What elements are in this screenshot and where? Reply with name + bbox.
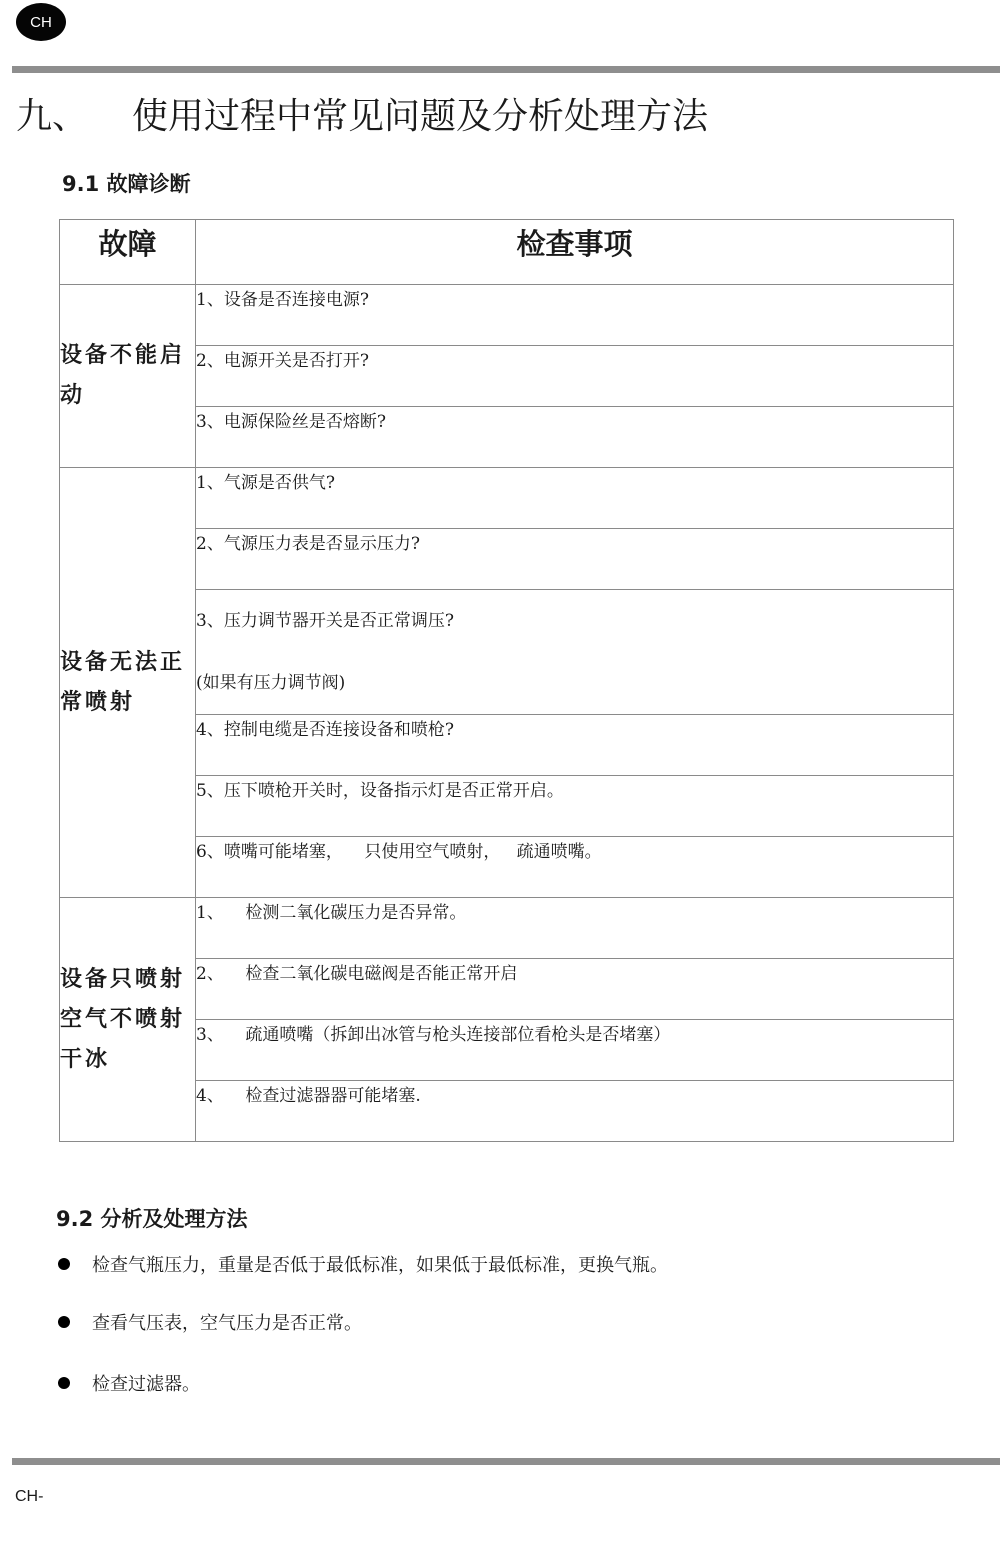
check-item: 2、电源开关是否打开? (196, 346, 954, 407)
check-item: 3、电源保险丝是否熔断? (196, 407, 954, 468)
column-header-check-items: 检查事项 (196, 220, 954, 285)
chapter-title: 九、 使用过程中常见问题及分析处理方法 (16, 88, 708, 139)
section-heading-fault-diagnosis: 9.1 故障诊断 (62, 168, 191, 198)
fault-cell: 设备只喷射空气不喷射干冰 (60, 898, 196, 1142)
table-row: 设备只喷射空气不喷射干冰 1、 检测二氧化碳压力是否异常。 (60, 898, 954, 959)
language-badge: CH (16, 3, 66, 41)
check-item: 3、压力调节器开关是否正常调压? (如果有压力调节阀) (196, 590, 954, 715)
list-item: 查看气压表，空气压力是否正常。 (56, 1308, 668, 1336)
column-header-fault: 故障 (60, 220, 196, 285)
check-item: 5、压下喷枪开关时，设备指示灯是否正常开启。 (196, 776, 954, 837)
section-heading-analysis-methods: 9.2 分析及处理方法 (56, 1203, 248, 1233)
list-item: 检查过滤器。 (56, 1369, 668, 1397)
footer-divider (12, 1458, 1000, 1465)
check-item: 6、喷嘴可能堵塞， 只使用空气喷射， 疏通喷嘴。 (196, 837, 954, 898)
check-item: 2、 检查二氧化碳电磁阀是否能正常开启 (196, 959, 954, 1020)
bullet-text: 检查过滤器。 (92, 1370, 200, 1396)
table-row: 设备无法正常喷射 1、气源是否供气? (60, 468, 954, 529)
table-header-row: 故障 检查事项 (60, 220, 954, 285)
header-divider (12, 66, 1000, 73)
analysis-bullet-list: 检查气瓶压力，重量是否低于最低标准，如果低于最低标准，更换气瓶。 查看气压表，空… (56, 1250, 668, 1427)
chapter-number: 九、 (16, 88, 88, 139)
check-item: 2、气源压力表是否显示压力? (196, 529, 954, 590)
bullet-icon (58, 1377, 70, 1389)
table-row: 设备不能启动 1、设备是否连接电源? (60, 285, 954, 346)
page-number-label: CH- (15, 1488, 43, 1506)
bullet-text: 检查气瓶压力，重量是否低于最低标准，如果低于最低标准，更换气瓶。 (92, 1251, 668, 1277)
check-item: 1、设备是否连接电源? (196, 285, 954, 346)
check-item: 4、 检查过滤器器可能堵塞. (196, 1081, 954, 1142)
check-item: 1、气源是否供气? (196, 468, 954, 529)
list-item: 检查气瓶压力，重量是否低于最低标准，如果低于最低标准，更换气瓶。 (56, 1250, 668, 1278)
bullet-icon (58, 1316, 70, 1328)
fault-diagnosis-table: 故障 检查事项 设备不能启动 1、设备是否连接电源? 2、电源开关是否打开? 3… (59, 219, 954, 1142)
fault-cell: 设备无法正常喷射 (60, 468, 196, 898)
fault-cell: 设备不能启动 (60, 285, 196, 468)
check-item: 3、 疏通喷嘴（拆卸出冰管与枪头连接部位看枪头是否堵塞） (196, 1020, 954, 1081)
bullet-text: 查看气压表，空气压力是否正常。 (92, 1309, 362, 1335)
check-item: 4、控制电缆是否连接设备和喷枪? (196, 715, 954, 776)
check-item: 1、 检测二氧化碳压力是否异常。 (196, 898, 954, 959)
bullet-icon (58, 1258, 70, 1270)
chapter-title-text: 使用过程中常见问题及分析处理方法 (132, 88, 708, 139)
